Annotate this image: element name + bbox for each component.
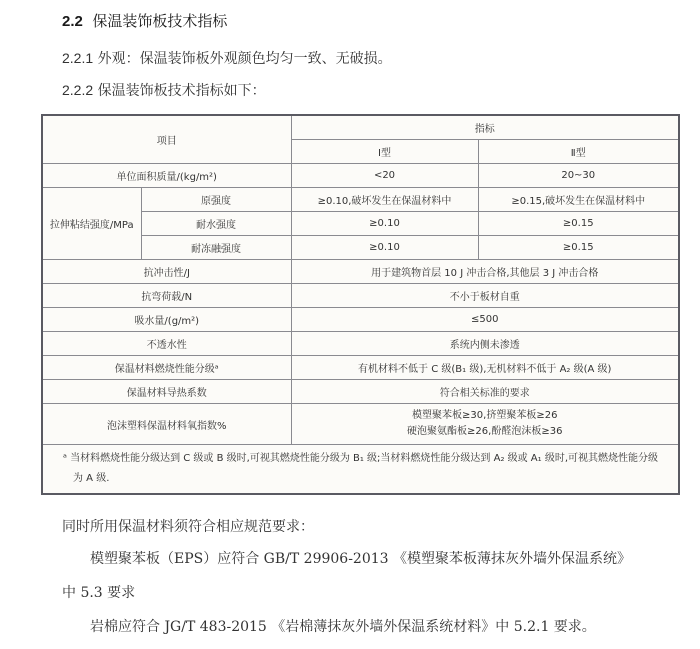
row-value: ≤500	[291, 308, 679, 332]
table-row: 抗冲击性/J 用于建筑物首层 10 J 冲击合格,其他层 3 J 冲击合格	[42, 260, 679, 284]
section-number: 2.2	[62, 13, 83, 30]
row-value-type1: ≥0.10	[291, 236, 478, 260]
requirement-rockwool: 岩棉应符合 JG/T 483-2015 《岩棉薄抹灰外墙外保温系统材料》中 5.…	[90, 616, 596, 636]
table-row: 泡沫塑料保温材料氧指数% 模塑聚苯板≥30,挤塑聚苯板≥26 硬泡聚氨酯板≥26…	[42, 404, 679, 445]
row-sublabel: 耐水强度	[141, 212, 291, 236]
table-row: 保温材料燃烧性能分级ᵃ 有机材料不低于 C 级(B₁ 级),无机材料不低于 A₂…	[42, 356, 679, 380]
row-value-type2: 20~30	[478, 164, 679, 188]
row-label: 拉伸粘结强度/MPa	[42, 188, 141, 260]
row-sublabel: 耐冻融强度	[141, 236, 291, 260]
row-sublabel: 原强度	[141, 188, 291, 212]
header-type1: Ⅰ型	[291, 140, 478, 164]
item-number: 2.2.1	[62, 50, 93, 66]
row-value-type2: ≥0.15	[478, 236, 679, 260]
row-value: 符合相关标准的要求	[291, 380, 679, 404]
requirement-eps-line1: 模塑聚苯板（EPS）应符合 GB/T 29906-2013 《模塑聚苯板薄抹灰外…	[90, 548, 631, 568]
table-row: 不透水性 系统内侧未渗透	[42, 332, 679, 356]
table-footnote-row: ᵃ 当材料燃烧性能分级达到 C 级或 B 级时,可视其燃烧性能分级为 B₁ 级;…	[42, 445, 679, 495]
row-label: 不透水性	[42, 332, 291, 356]
table-footnote: ᵃ 当材料燃烧性能分级达到 C 级或 B 级时,可视其燃烧性能分级为 B₁ 级;…	[42, 445, 679, 495]
spec-table: 项目 指标 Ⅰ型 Ⅱ型 单位面积质量/(kg/m²) <20 20~30 拉伸粘…	[41, 114, 680, 495]
table-row: 吸水量/(g/m²) ≤500	[42, 308, 679, 332]
row-value-type2: ≥0.15,破坏发生在保温材料中	[478, 188, 679, 212]
row-value-line: 硬泡聚氨酯板≥26,酚醛泡沫板≥36	[296, 424, 675, 440]
table-row: 抗弯荷载/N 不小于板材自重	[42, 284, 679, 308]
row-value: 用于建筑物首层 10 J 冲击合格,其他层 3 J 冲击合格	[291, 260, 679, 284]
item-number: 2.2.2	[62, 82, 93, 98]
row-value-type2: ≥0.15	[478, 212, 679, 236]
table-row: 单位面积质量/(kg/m²) <20 20~30	[42, 164, 679, 188]
row-value-type1: <20	[291, 164, 478, 188]
table-row: 拉伸粘结强度/MPa 原强度 ≥0.10,破坏发生在保温材料中 ≥0.15,破坏…	[42, 188, 679, 212]
item-appearance: 2.2.1 外观：保温装饰板外观颜色均匀一致、无破损。	[62, 48, 392, 68]
table-header-row: 项目 指标	[42, 115, 679, 140]
row-label: 单位面积质量/(kg/m²)	[42, 164, 291, 188]
row-value: 模塑聚苯板≥30,挤塑聚苯板≥26 硬泡聚氨酯板≥26,酚醛泡沫板≥36	[291, 404, 679, 445]
row-value-type1: ≥0.10,破坏发生在保温材料中	[291, 188, 478, 212]
row-value: 有机材料不低于 C 级(B₁ 级),无机材料不低于 A₂ 级(A 级)	[291, 356, 679, 380]
requirements-intro: 同时所用保温材料须符合相应规范要求：	[62, 516, 314, 536]
row-label: 保温材料导热系数	[42, 380, 291, 404]
row-label: 吸水量/(g/m²)	[42, 308, 291, 332]
requirement-eps-line2: 中 5.3 要求	[62, 582, 135, 602]
row-label: 保温材料燃烧性能分级ᵃ	[42, 356, 291, 380]
header-indicator: 指标	[291, 115, 679, 140]
header-item: 项目	[42, 115, 291, 164]
row-value: 不小于板材自重	[291, 284, 679, 308]
item-spec-intro: 2.2.2 保温装饰板技术指标如下：	[62, 80, 266, 100]
row-label: 泡沫塑料保温材料氧指数%	[42, 404, 291, 445]
row-value-line: 模塑聚苯板≥30,挤塑聚苯板≥26	[296, 408, 675, 424]
row-label: 抗冲击性/J	[42, 260, 291, 284]
row-value-type1: ≥0.10	[291, 212, 478, 236]
section-title: 保温装饰板技术指标	[92, 12, 227, 30]
section-heading: 2.2 保温装饰板技术指标	[62, 10, 227, 31]
header-type2: Ⅱ型	[478, 140, 679, 164]
item-text: 保温装饰板技术指标如下：	[98, 83, 266, 99]
table-row: 保温材料导热系数 符合相关标准的要求	[42, 380, 679, 404]
row-value: 系统内侧未渗透	[291, 332, 679, 356]
item-text: 外观：保温装饰板外观颜色均匀一致、无破损。	[98, 51, 392, 67]
row-label: 抗弯荷载/N	[42, 284, 291, 308]
